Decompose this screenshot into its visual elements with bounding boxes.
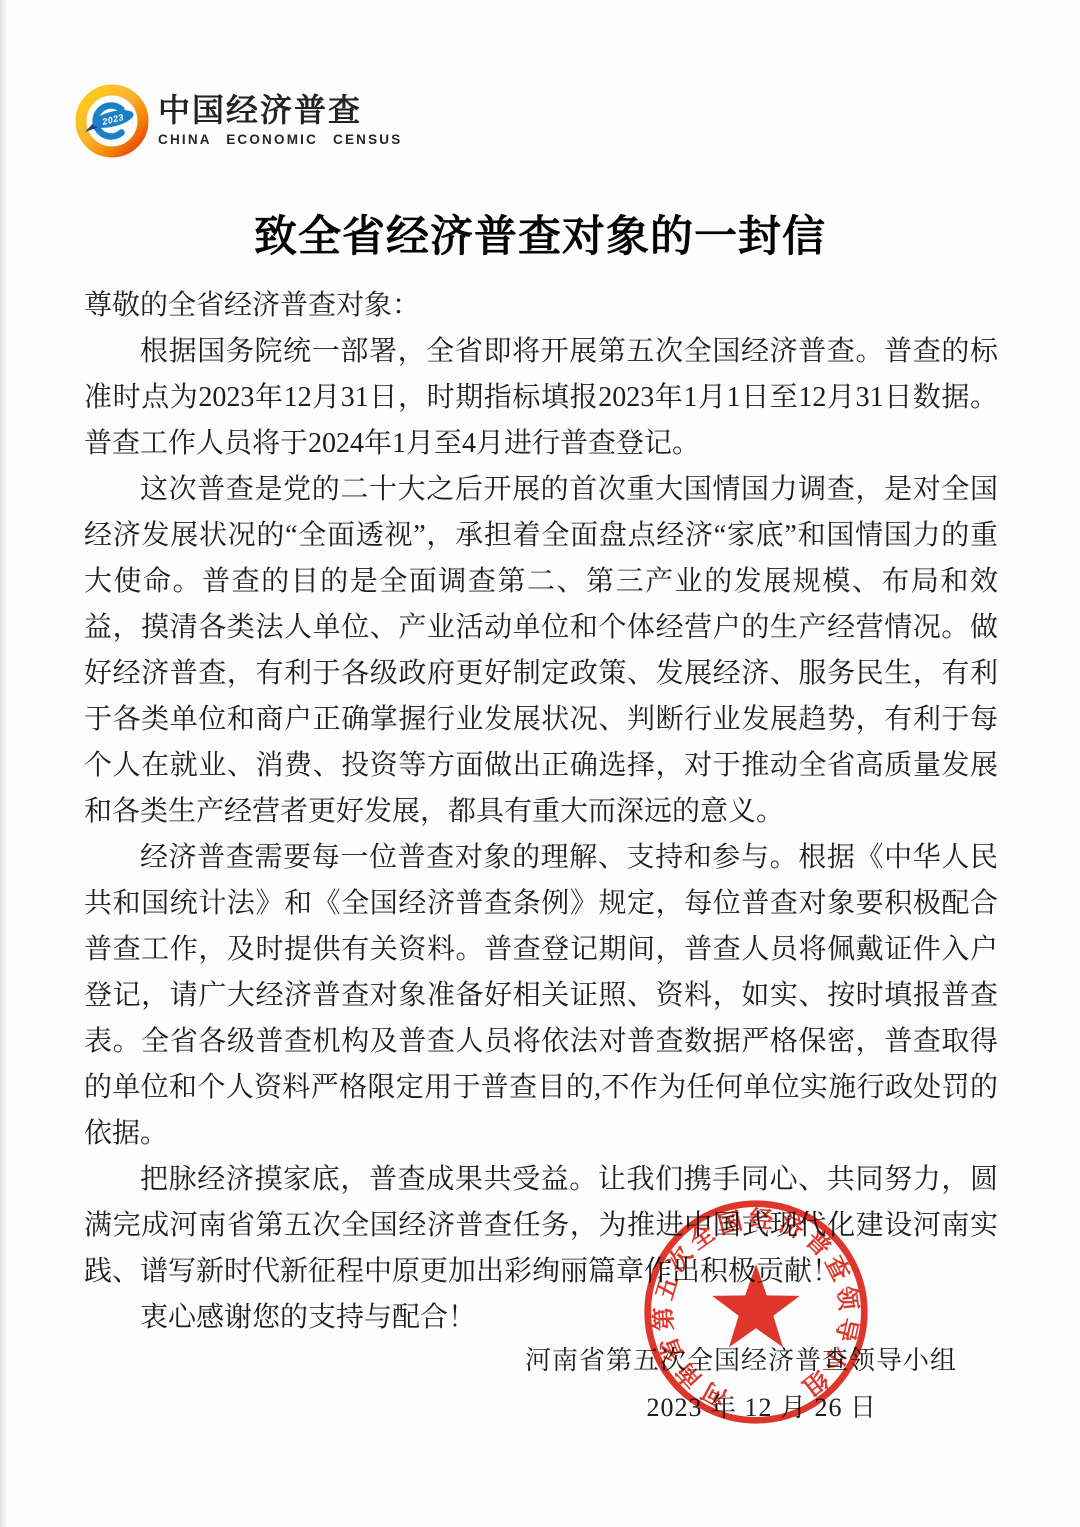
official-seal: 河南省第五次全国经济普查领导小组 bbox=[641, 1197, 871, 1427]
letter-body: 尊敬的全省经济普查对象： 根据国务院统一部署，全省即将开展第五次全国经济普查。普… bbox=[84, 283, 998, 1341]
census-logo-icon: 2023 bbox=[74, 82, 150, 160]
seal-star bbox=[712, 1264, 800, 1347]
document-page: 2023 中国经济普查 CHINA ECONOMIC CENSUS 致全省经济普… bbox=[0, 0, 1080, 1527]
paragraph-2: 这次普查是党的二十大之后开展的首次重大国情国力调查，是对全国经济发展状况的“全面… bbox=[84, 467, 998, 835]
salutation: 尊敬的全省经济普查对象： bbox=[84, 283, 998, 329]
logo-text-block: 中国经济普查 CHINA ECONOMIC CENSUS bbox=[158, 82, 402, 147]
letter-title: 致全省经济普查对象的一封信 bbox=[0, 203, 1080, 264]
logo-subtitle: CHINA ECONOMIC CENSUS bbox=[158, 132, 402, 147]
logo-title: 中国经济普查 bbox=[158, 94, 402, 128]
paragraph-1: 根据国务院统一部署，全省即将开展第五次全国经济普查。普查的标准时点为2023年1… bbox=[84, 329, 998, 467]
census-logo: 2023 中国经济普查 CHINA ECONOMIC CENSUS bbox=[74, 82, 402, 160]
paragraph-3: 经济普查需要每一位普查对象的理解、支持和参与。根据《中华人民共和国统计法》和《全… bbox=[84, 835, 998, 1157]
